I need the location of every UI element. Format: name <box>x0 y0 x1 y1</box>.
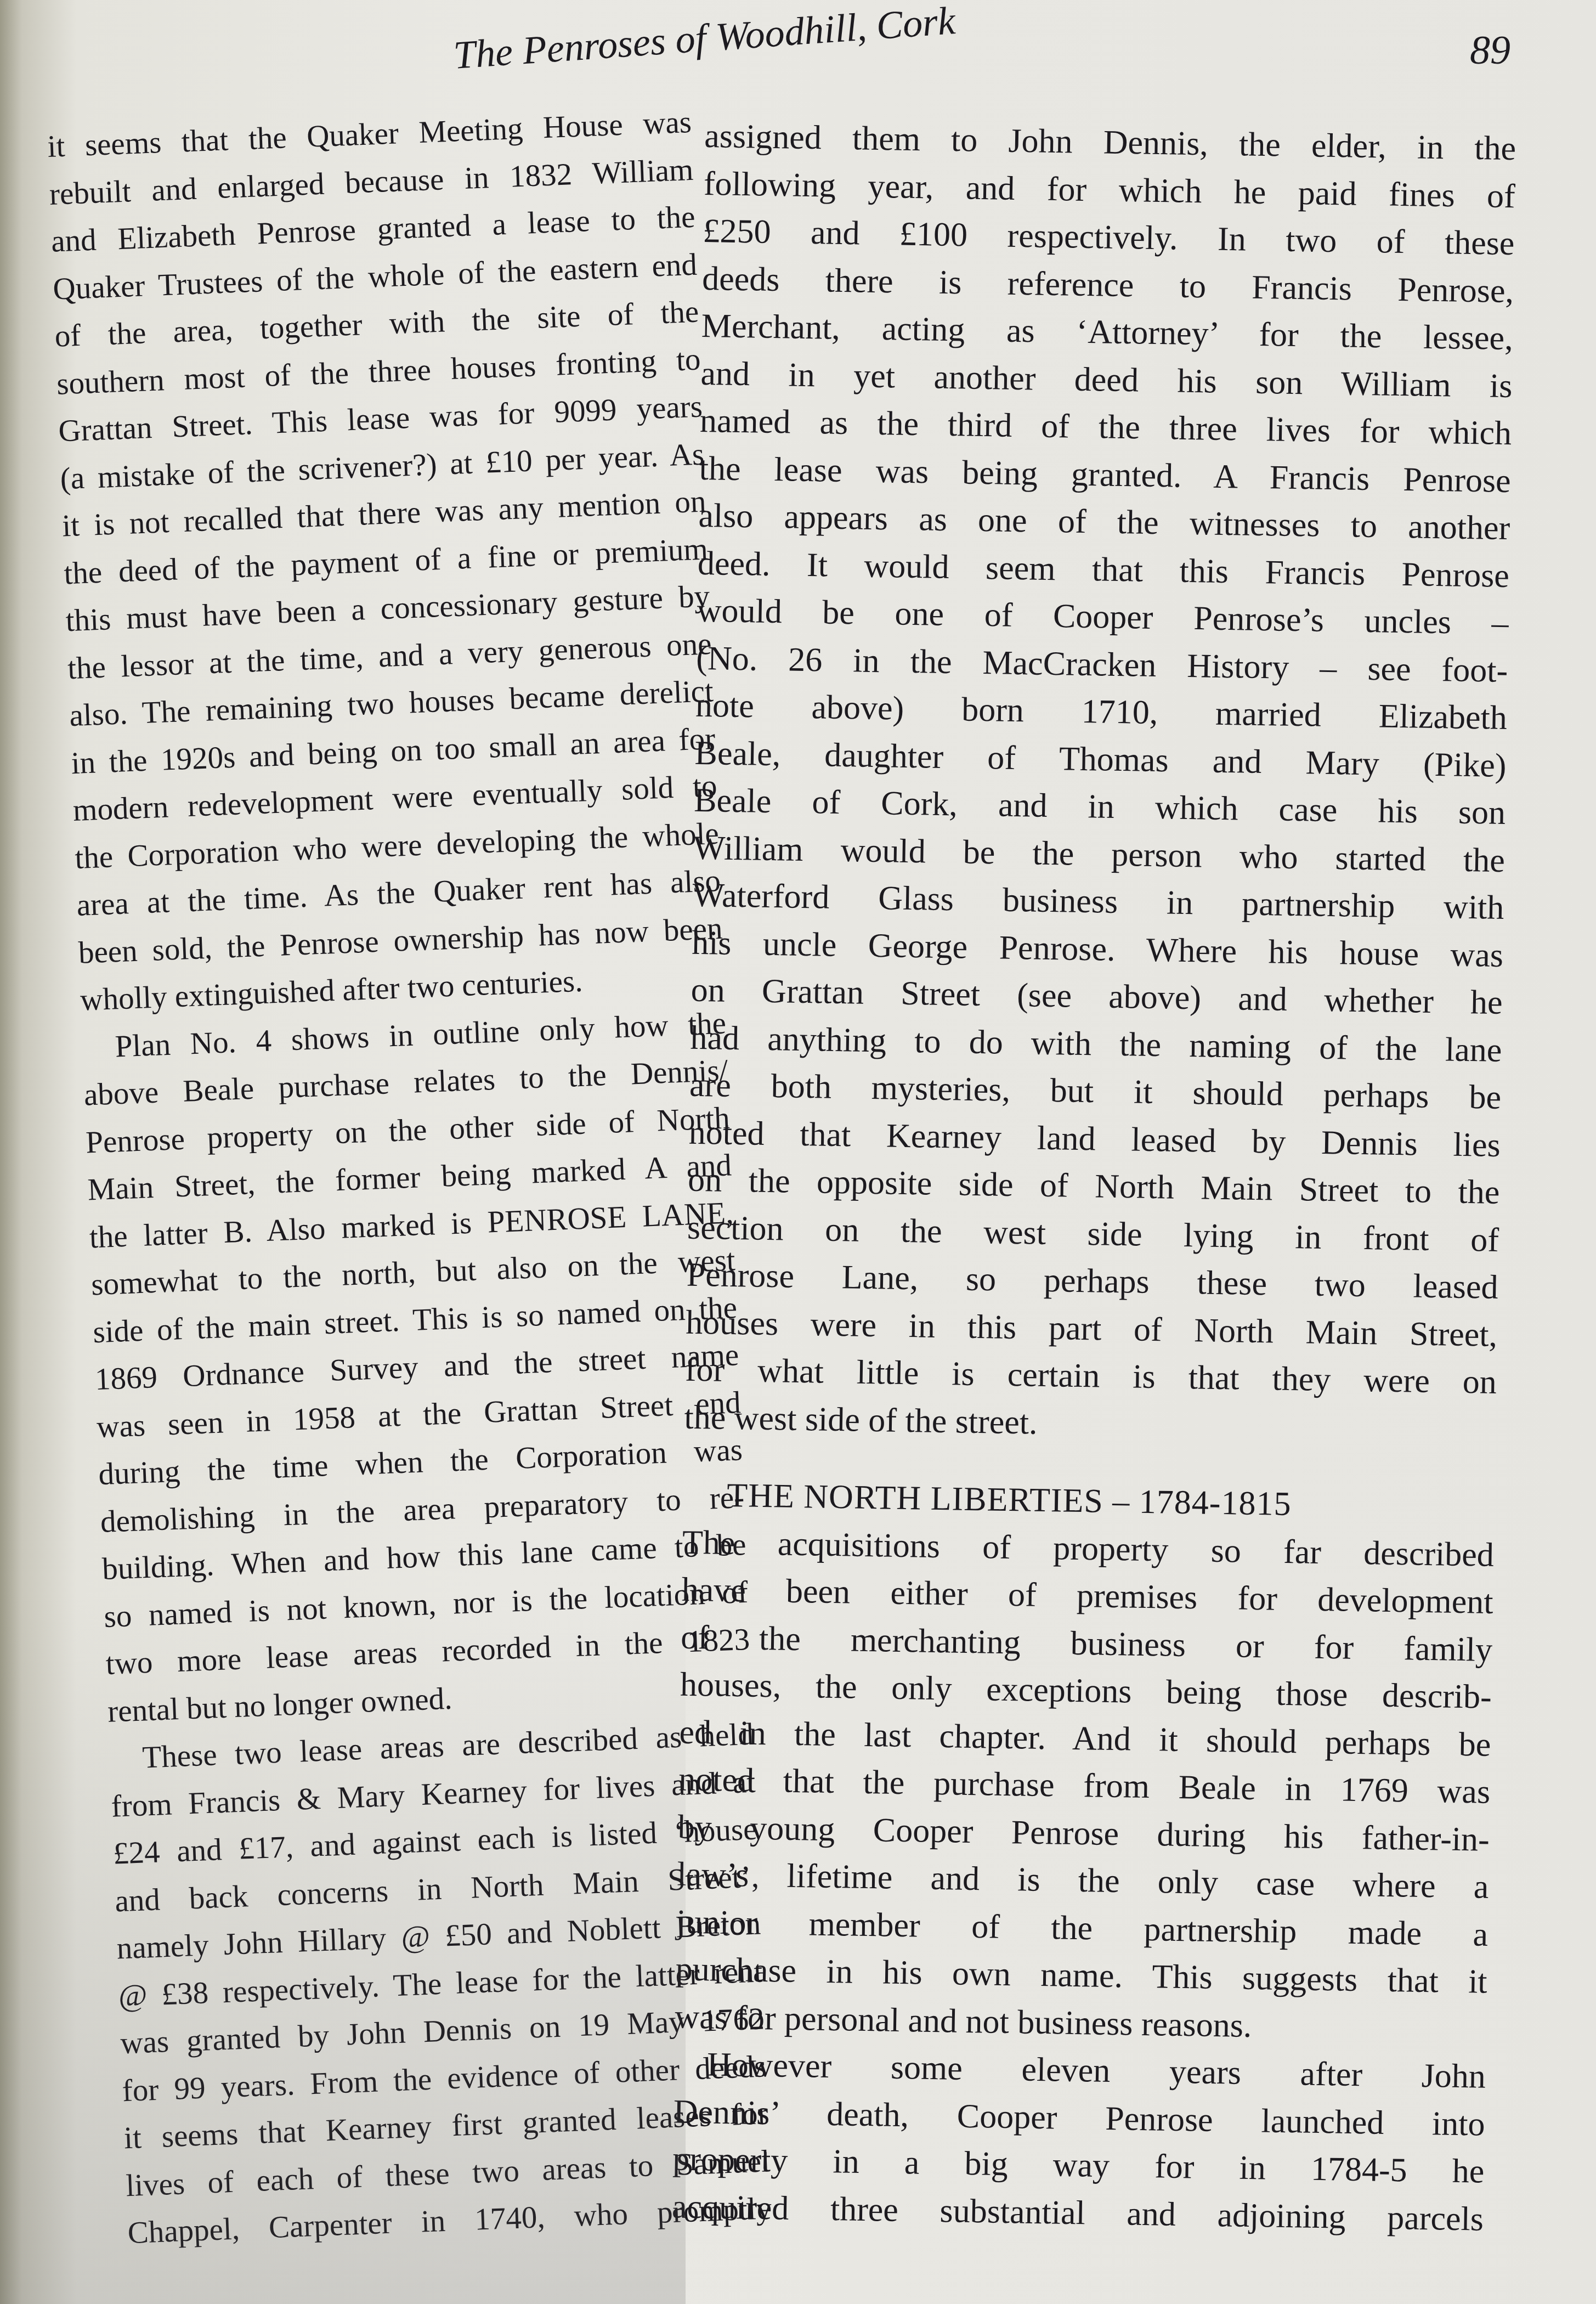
running-title: The Penroses of Woodhill, Cork <box>452 0 957 78</box>
page-number: 89 <box>1470 27 1510 74</box>
right-paragraph-2: The acquisitions of property so far desc… <box>675 1518 1495 2053</box>
right-column: assigned them to John Dennis, the elder,… <box>671 112 1516 2243</box>
book-page: The Penroses of Woodhill, Cork 89 it see… <box>0 0 1596 2304</box>
page-header: The Penroses of Woodhill, Cork 89 <box>0 27 1596 93</box>
right-paragraph-1: assigned them to John Dennis, the elder,… <box>684 112 1516 1454</box>
right-paragraph-3: However some eleven years after JohnDenn… <box>671 2041 1486 2243</box>
left-column: it seems that the Quaker Meeting House w… <box>47 99 773 2257</box>
left-paragraph-1: it seems that the Quaker Meeting House w… <box>47 99 725 1024</box>
left-paragraph-2: Plan No. 4 shows in outline only how the… <box>81 999 752 1736</box>
